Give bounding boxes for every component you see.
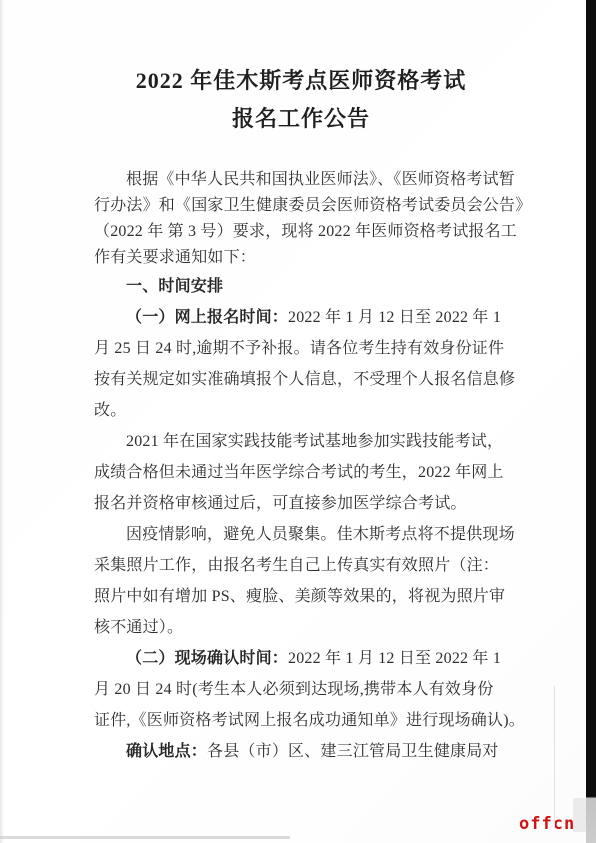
line-text: 成绩合格但未通过当年医学综合考试的考生，2022 年网上 xyxy=(94,464,504,481)
line-text: 改。 xyxy=(94,402,126,419)
line-text: 报名并资格审核通过后，可直接参加医学综合考试。 xyxy=(94,495,467,512)
text-line: 根据《中华人民共和国执业医师法》、《医师资格考试暂 xyxy=(94,167,532,193)
text-line: 一、时间安排 xyxy=(94,271,532,302)
scan-crease-line xyxy=(554,686,555,828)
line-text: 各县（市）区、建三江管局卫生健康局对 xyxy=(207,743,499,760)
scan-edge-right xyxy=(586,0,596,843)
document-title-line1: 2022 年佳木斯考点医师资格考试 xyxy=(16,62,586,100)
line-text: 按有关规定如实准确填报个人信息，不受理个人报名信息修 xyxy=(94,371,515,388)
text-line: 改。 xyxy=(94,395,532,426)
line-text: 月 20 日 24 时(考生本人必须到达现场,携带本人有效身份 xyxy=(94,681,494,698)
line-text: 照片中如有增加 PS、瘦脸、美颜等效果的，将视为照片审 xyxy=(94,588,505,605)
text-line: 确认地点：各县（市）区、建三江管局卫生健康局对 xyxy=(94,736,532,767)
text-line: 报名并资格审核通过后，可直接参加医学综合考试。 xyxy=(94,488,532,519)
line-bold-text: （二）现场确认时间： xyxy=(126,650,288,667)
line-text: 2021 年在国家实践技能考试基地参加实践技能考试， xyxy=(126,433,503,450)
text-line: 证件,《医师资格考试网上报名成功通知单》进行现场确认)。 xyxy=(94,705,532,736)
text-line: 成绩合格但未通过当年医学综合考试的考生，2022 年网上 xyxy=(94,457,532,488)
text-line: （2022 年 第 3 号）要求，现将 2022 年医师资格考试报名工 xyxy=(94,219,532,245)
line-text: 作有关要求通知如下： xyxy=(94,249,256,266)
document-title: 2022 年佳木斯考点医师资格考试 报名工作公告 xyxy=(16,62,586,138)
offcn-logo: offcn xyxy=(519,814,575,834)
line-text: 行办法》和《国家卫生健康委员会医师资格考试委员会公告》 xyxy=(94,197,531,214)
scan-edge-left xyxy=(0,0,4,843)
scan-corner-smudge xyxy=(573,798,586,832)
line-bold-text: （一）网上报名时间： xyxy=(126,309,288,326)
text-line: 核不通过）。 xyxy=(94,612,532,643)
text-line: （一）网上报名时间：2022 年 1 月 12 日至 2022 年 1 xyxy=(94,302,532,333)
text-line: 行办法》和《国家卫生健康委员会医师资格考试委员会公告》 xyxy=(94,193,532,219)
text-line: 采集照片工作，由报名考生自己上传真实有效照片（注： xyxy=(94,550,532,581)
scan-edge-bottom xyxy=(0,836,290,839)
document-title-line2: 报名工作公告 xyxy=(16,100,586,138)
text-line: 月 20 日 24 时(考生本人必须到达现场,携带本人有效身份 xyxy=(94,674,532,705)
line-text: 2022 年 1 月 12 日至 2022 年 1 xyxy=(288,650,501,667)
line-text: 证件,《医师资格考试网上报名成功通知单》进行现场确认)。 xyxy=(94,712,525,729)
document-body: 根据《中华人民共和国执业医师法》、《医师资格考试暂行办法》和《国家卫生健康委员会… xyxy=(94,167,532,767)
line-text: 核不通过）。 xyxy=(94,619,183,636)
line-bold-text: 确认地点： xyxy=(126,743,207,760)
text-line: 作有关要求通知如下： xyxy=(94,245,532,271)
line-text: 月 25 日 24 时,逾期不予补报。请各位考生持有效身份证件 xyxy=(94,340,504,357)
line-text: 2022 年 1 月 12 日至 2022 年 1 xyxy=(288,309,501,326)
text-line: 2021 年在国家实践技能考试基地参加实践技能考试， xyxy=(94,426,532,457)
line-text: （2022 年 第 3 号）要求，现将 2022 年医师资格考试报名工 xyxy=(94,223,517,240)
scanned-document-page: 2022 年佳木斯考点医师资格考试 报名工作公告 根据《中华人民共和国执业医师法… xyxy=(0,0,596,843)
text-line: 照片中如有增加 PS、瘦脸、美颜等效果的，将视为照片审 xyxy=(94,581,532,612)
line-text: 根据《中华人民共和国执业医师法》、《医师资格考试暂 xyxy=(126,171,515,188)
line-bold-text: 一、时间安排 xyxy=(126,278,223,295)
text-line: 月 25 日 24 时,逾期不予补报。请各位考生持有效身份证件 xyxy=(94,333,532,364)
text-line: （二）现场确认时间：2022 年 1 月 12 日至 2022 年 1 xyxy=(94,643,532,674)
line-text: 采集照片工作，由报名考生自己上传真实有效照片（注： xyxy=(94,557,499,574)
line-text: 因疫情影响，避免人员聚集。佳木斯考点将不提供现场 xyxy=(126,526,515,543)
text-line: 因疫情影响，避免人员聚集。佳木斯考点将不提供现场 xyxy=(94,519,532,550)
text-line: 按有关规定如实准确填报个人信息，不受理个人报名信息修 xyxy=(94,364,532,395)
